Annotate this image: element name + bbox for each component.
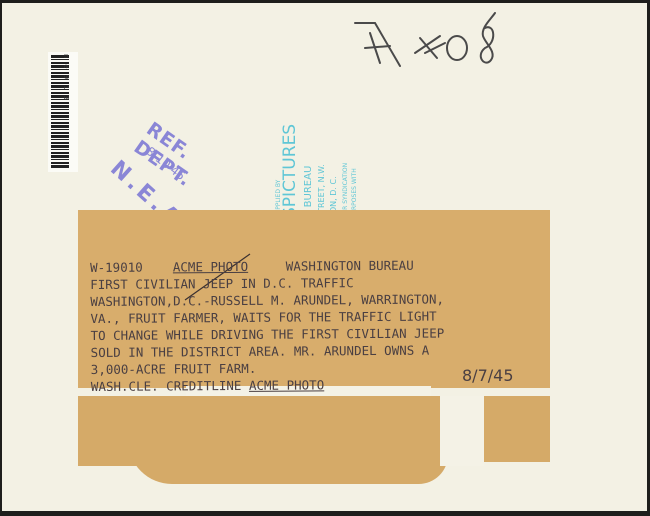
- caption-id: W-19010: [90, 260, 143, 275]
- torn-paper-notch: [440, 396, 484, 466]
- caption-bureau: WASHINGTON BUREAU: [286, 258, 414, 274]
- creditline-agency: ACME PHOTO: [249, 377, 324, 393]
- nea-ref-dept-stamp: REF. DEPT. 8-10'45 N.E.A.: [110, 100, 270, 220]
- barcode-digits: n e 9 1 3: [58, 54, 70, 174]
- caption-date: 8/7/45: [462, 366, 514, 385]
- tape-strip-right: [484, 396, 550, 462]
- supplied-by-stamp: SUPPLIED BY SPICTURES N BUREAU STREET, N…: [268, 118, 378, 218]
- creditline-prefix: WASH.CLE. CREDITLINE: [91, 378, 242, 394]
- tape-strip-bottom: [128, 440, 448, 484]
- caption-agency: ACME PHOTO: [173, 259, 248, 275]
- barcode-sticker: n e 9 1 3: [48, 52, 78, 172]
- handwritten-note-a408: [345, 8, 515, 68]
- stamp-pictures: SPICTURES: [280, 124, 300, 218]
